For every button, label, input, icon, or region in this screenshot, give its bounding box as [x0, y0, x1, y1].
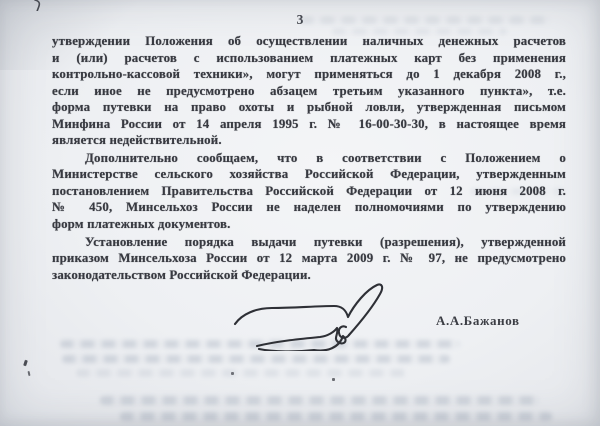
page-number: 3 — [288, 12, 312, 28]
scan-speck — [332, 378, 335, 381]
paragraph: утверждении Положения об осуществлении н… — [52, 33, 566, 149]
bleed-through-line — [76, 369, 406, 377]
paragraph: Дополнительно сообщаем, что в соответств… — [52, 150, 566, 233]
paragraph: Установление порядка выдачи путевки (раз… — [52, 234, 566, 284]
text-line: Министерстве сельского хозяйства Российс… — [52, 166, 566, 183]
text-line: постановлением Правительства Российской … — [52, 183, 566, 200]
text-line: форма путевки на право охоты и рыбной ло… — [52, 99, 566, 116]
signatory-name: А.А.Бажанов — [436, 313, 520, 329]
text-line: форм платежных документов. — [52, 216, 566, 233]
bleed-through-line — [62, 355, 450, 363]
text-line: Установление порядка выдачи путевки (раз… — [52, 234, 566, 251]
text-line: Минфина России от 14 апреля 1995 г. № 16… — [52, 116, 566, 133]
scan-speck — [231, 372, 234, 375]
bleed-through-line — [120, 412, 552, 421]
text-line: и (или) расчетов с использованием платеж… — [52, 50, 566, 67]
text-line: контрольно-кассовой техники», могут прим… — [52, 66, 566, 83]
pen-mark — [33, 0, 43, 11]
text-line: приказом Минсельхоза России от 12 марта … — [52, 250, 566, 267]
text-line: утверждении Положения об осуществлении н… — [52, 33, 566, 50]
bleed-through-line — [300, 16, 550, 24]
scan-speck — [28, 371, 31, 376]
scan-speck — [23, 360, 28, 367]
text-line: если иное не предусмотрено абзацем треть… — [52, 83, 566, 100]
text-line: № 450, Минсельхоз России не наделен полн… — [52, 199, 566, 216]
document-body: утверждении Положения об осуществлении н… — [52, 33, 566, 284]
signature — [230, 281, 394, 351]
signature-stroke — [230, 281, 394, 351]
text-line: Дополнительно сообщаем, что в соответств… — [52, 150, 566, 167]
text-line: является недействительной. — [52, 132, 566, 149]
bleed-through-line — [100, 396, 540, 405]
scanned-document-page: 3 утверждении Положения об осуществлении… — [0, 0, 600, 426]
